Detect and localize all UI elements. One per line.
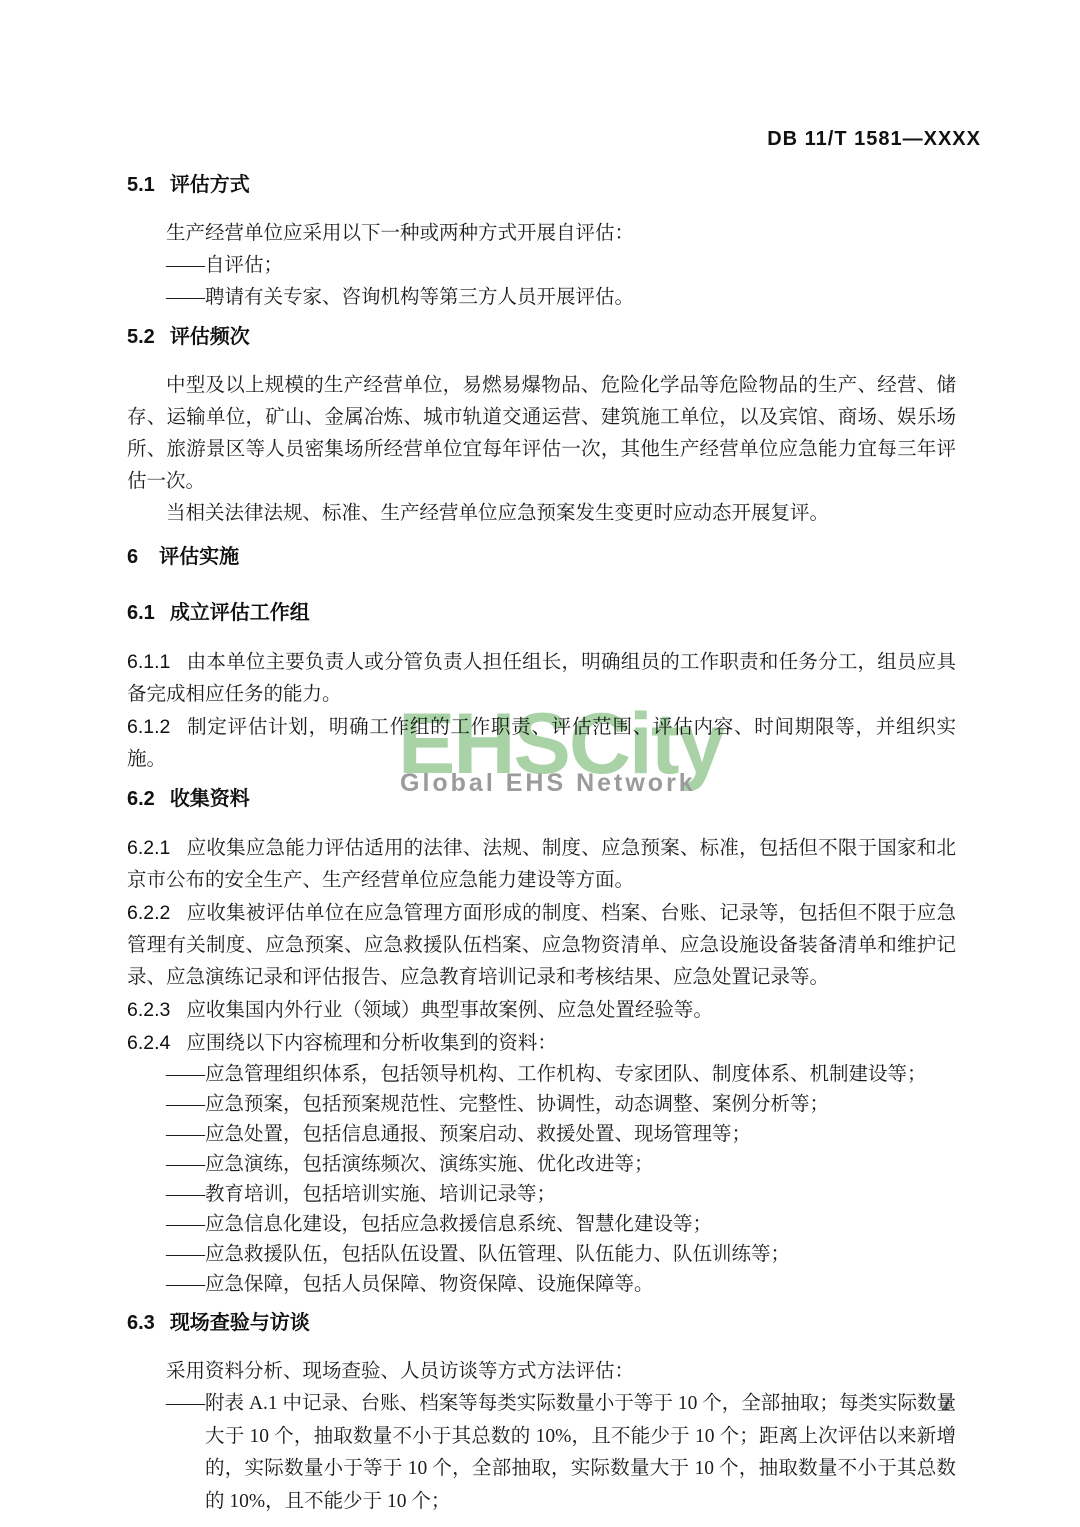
clause-text: 应收集应急能力评估适用的法律、法规、制度、应急预案、标准，包括但不限于国家和北京… (127, 838, 956, 891)
heading-number: 6.2 (127, 786, 155, 812)
list-item: ——应急管理组织体系，包括领导机构、工作机构、专家团队、制度体系、机制建设等； (127, 1060, 956, 1090)
section-heading-5-2: 5.2评估频次 (127, 324, 956, 350)
heading-title: 评估频次 (170, 326, 250, 348)
heading-title: 收集资料 (170, 788, 250, 810)
clause-text: 应围绕以下内容梳理和分析收集到的资料： (186, 1033, 557, 1054)
chapter-heading-6: 6评估实施 (127, 544, 956, 570)
clause-text: 应收集被评估单位在应急管理方面形成的制度、档案、台账、记录等，包括但不限于应急管… (127, 903, 956, 988)
list-item: ——应急救援队伍，包括队伍设置、队伍管理、队伍能力、队伍训练等； (127, 1240, 956, 1270)
document-body: 5.1评估方式 生产经营单位应采用以下一种或两种方式开展自评估： ——自评估； … (127, 172, 956, 1518)
heading-number: 6 (127, 544, 138, 570)
clause-number: 6.2.3 (127, 994, 170, 1026)
clause-text: 制定评估计划，明确工作组的工作职责、评估范围、评估内容、时间期限等，并组织实施。 (127, 717, 956, 770)
document-page: DB 11/T 1581—XXXX EHSCity Global EHS Net… (0, 0, 1080, 1527)
paragraph-5-1-intro: 生产经营单位应采用以下一种或两种方式开展自评估： (127, 218, 956, 250)
heading-title: 现场查验与访谈 (170, 1312, 310, 1334)
page-number: 2 (941, 1394, 951, 1416)
section-heading-5-1: 5.1评估方式 (127, 172, 956, 198)
clause-6-2-1: 6.2.1应收集应急能力评估适用的法律、法规、制度、应急预案、标准，包括但不限于… (127, 832, 956, 897)
list-item: ——聘请有关专家、咨询机构等第三方人员开展评估。 (127, 282, 956, 314)
paragraph-6-3-intro: 采用资料分析、现场查验、人员访谈等方式方法评估： (127, 1356, 956, 1388)
paragraph-5-2-1: 中型及以上规模的生产经营单位，易燃易爆物品、危险化学品等危险物品的生产、经营、储… (127, 370, 956, 498)
list-item: ——自评估； (127, 250, 956, 282)
section-heading-6-3: 6.3现场查验与访谈 (127, 1310, 956, 1336)
clause-number: 6.2.1 (127, 832, 170, 864)
list-item: ——应急演练，包括演练频次、演练实施、优化改进等； (127, 1150, 956, 1180)
list-item: ——应急处置，包括信息通报、预案启动、救援处置、现场管理等； (127, 1120, 956, 1150)
clause-number: 6.1.2 (127, 711, 170, 743)
heading-number: 5.1 (127, 172, 155, 198)
list-item: ——教育培训，包括培训实施、培训记录等； (127, 1180, 956, 1210)
heading-title: 评估实施 (159, 546, 239, 568)
clause-6-2-2: 6.2.2应收集被评估单位在应急管理方面形成的制度、档案、台账、记录等，包括但不… (127, 897, 956, 994)
list-item: ——应急信息化建设，包括应急救援信息系统、智慧化建设等； (127, 1210, 956, 1240)
list-item-sampling-rule: ——附表 A.1 中记录、台账、档案等每类实际数量小于等于 10 个，全部抽取；… (127, 1388, 956, 1518)
list-item: ——应急预案，包括预案规范性、完整性、协调性，动态调整、案例分析等； (127, 1090, 956, 1120)
paragraph-5-2-2: 当相关法律法规、标准、生产经营单位应急预案发生变更时应动态开展复评。 (127, 498, 956, 530)
heading-title: 成立评估工作组 (170, 602, 310, 624)
clause-text: 由本单位主要负责人或分管负责人担任组长，明确组员的工作职责和任务分工，组员应具备… (127, 652, 956, 705)
heading-title: 评估方式 (170, 174, 250, 196)
clause-number: 6.2.4 (127, 1027, 170, 1059)
clause-6-2-3: 6.2.3应收集国内外行业（领域）典型事故案例、应急处置经验等。 (127, 994, 956, 1027)
heading-number: 5.2 (127, 324, 155, 350)
clause-number: 6.1.1 (127, 646, 170, 678)
clause-6-2-4: 6.2.4应围绕以下内容梳理和分析收集到的资料： (127, 1027, 956, 1060)
doc-code-header: DB 11/T 1581—XXXX (767, 128, 981, 151)
list-item: ——应急保障，包括人员保障、物资保障、设施保障等。 (127, 1270, 956, 1300)
clause-6-1-1: 6.1.1由本单位主要负责人或分管负责人担任组长，明确组员的工作职责和任务分工，… (127, 646, 956, 711)
heading-number: 6.1 (127, 600, 155, 626)
section-heading-6-2: 6.2收集资料 (127, 786, 956, 812)
heading-number: 6.3 (127, 1310, 155, 1336)
clause-number: 6.2.2 (127, 897, 170, 929)
clause-text: 应收集国内外行业（领域）典型事故案例、应急处置经验等。 (186, 1000, 713, 1021)
analysis-content-list: ——应急管理组织体系，包括领导机构、工作机构、专家团队、制度体系、机制建设等； … (127, 1060, 956, 1300)
clause-6-1-2: 6.1.2制定评估计划，明确工作组的工作职责、评估范围、评估内容、时间期限等，并… (127, 711, 956, 776)
section-heading-6-1: 6.1成立评估工作组 (127, 600, 956, 626)
